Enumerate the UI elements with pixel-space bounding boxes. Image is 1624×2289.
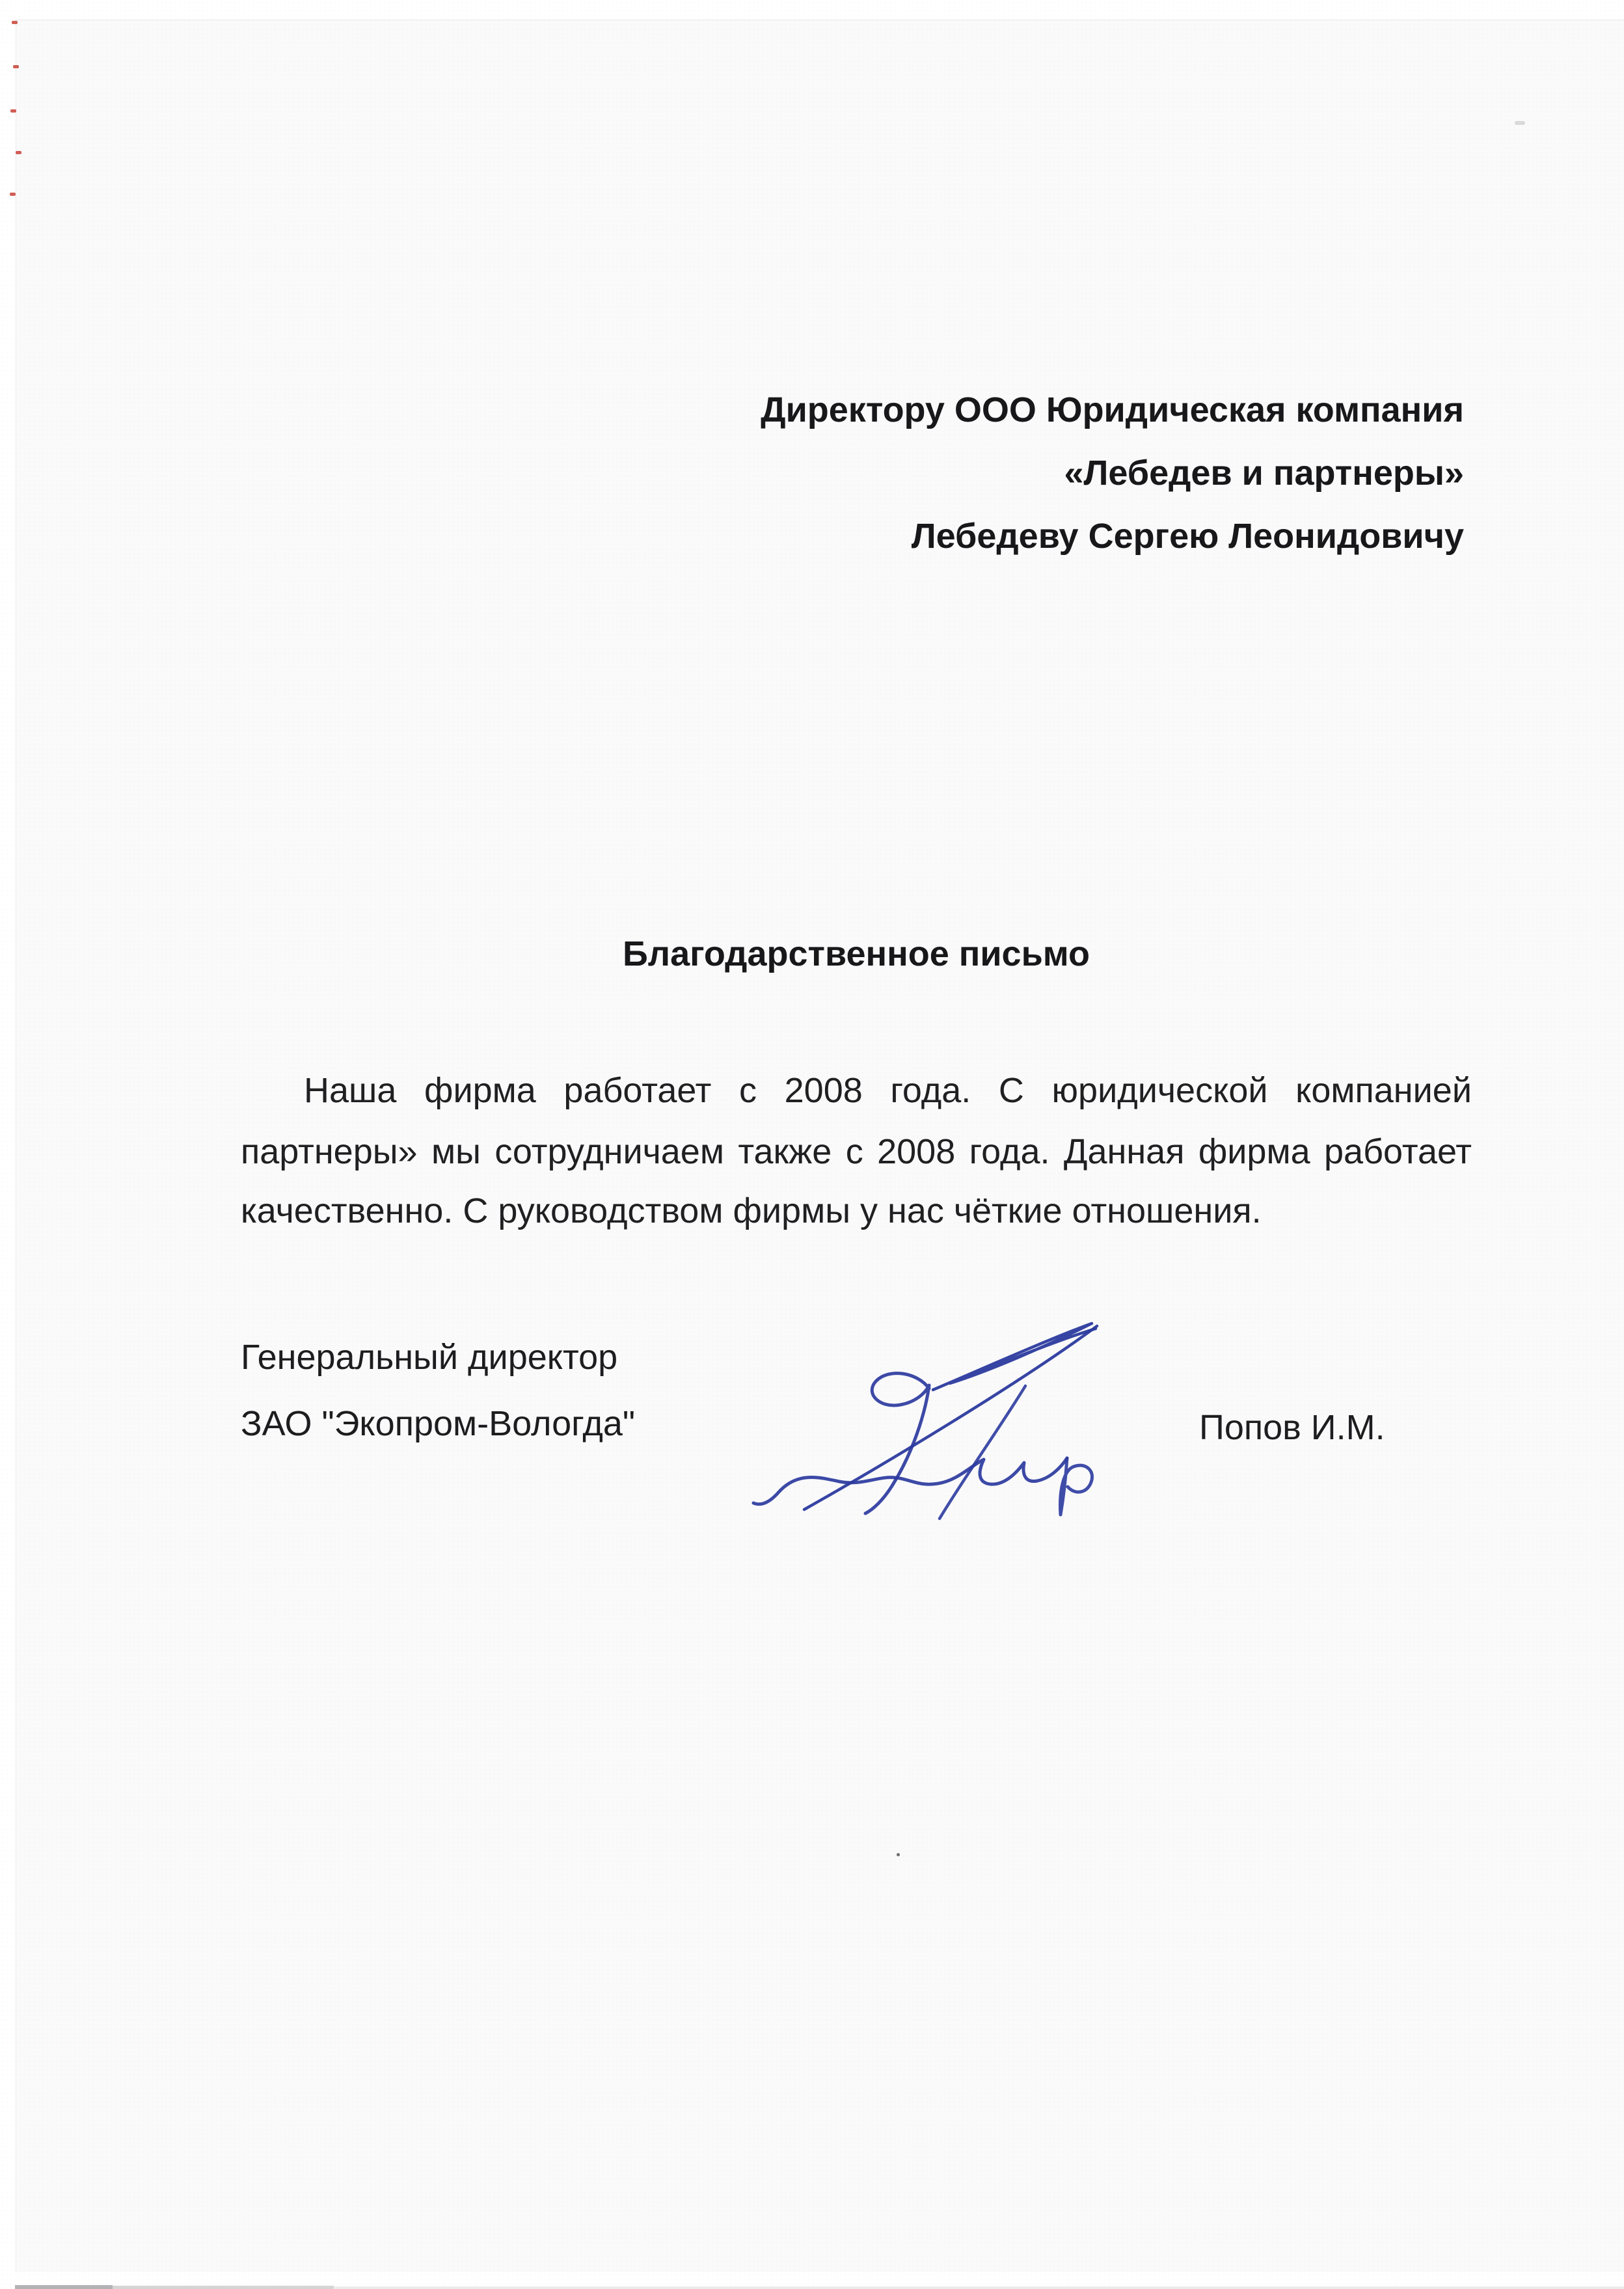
scan-speck-red-1 bbox=[12, 21, 18, 24]
scan-edge-bar-dark bbox=[15, 2285, 113, 2289]
signer-position-line-1: Генеральный директор bbox=[241, 1334, 617, 1380]
scan-speck-red-3 bbox=[10, 109, 16, 113]
scan-speck-red-5 bbox=[10, 193, 16, 196]
body-line-3: качественно. С руководством фирмы у нас … bbox=[241, 1189, 1472, 1232]
recipient-line-2: «Лебедев и партнеры» bbox=[761, 442, 1464, 505]
scan-edge-bar-medium bbox=[113, 2286, 334, 2289]
scan-speck-red-2 bbox=[13, 65, 19, 68]
body-line-2: партнеры» мы сотрудничаем также с 2008 г… bbox=[241, 1130, 1472, 1173]
signer-name: Попов И.М. bbox=[1199, 1405, 1385, 1450]
scanned-letter-page: Директору ООО Юридическая компания «Лебе… bbox=[0, 0, 1624, 2289]
scan-speck-gray bbox=[1515, 121, 1525, 125]
recipient-line-1: Директору ООО Юридическая компания bbox=[761, 379, 1464, 442]
letter-title: Благодарственное письмо bbox=[241, 931, 1472, 977]
signer-position-line-2: ЗАО "Экопром-Вологда" bbox=[241, 1401, 635, 1446]
recipient-line-3: Лебедеву Сергею Леонидовичу bbox=[761, 505, 1464, 568]
recipient-block: Директору ООО Юридическая компания «Лебе… bbox=[761, 379, 1464, 568]
scan-speck-red-4 bbox=[16, 151, 21, 154]
signature-scribble bbox=[742, 1309, 1132, 1530]
scan-speck-dot bbox=[897, 1853, 900, 1856]
body-line-1: Наша фирма работает с 2008 года. С юриди… bbox=[241, 1069, 1472, 1112]
scan-edge-bar-light bbox=[334, 2286, 1624, 2289]
